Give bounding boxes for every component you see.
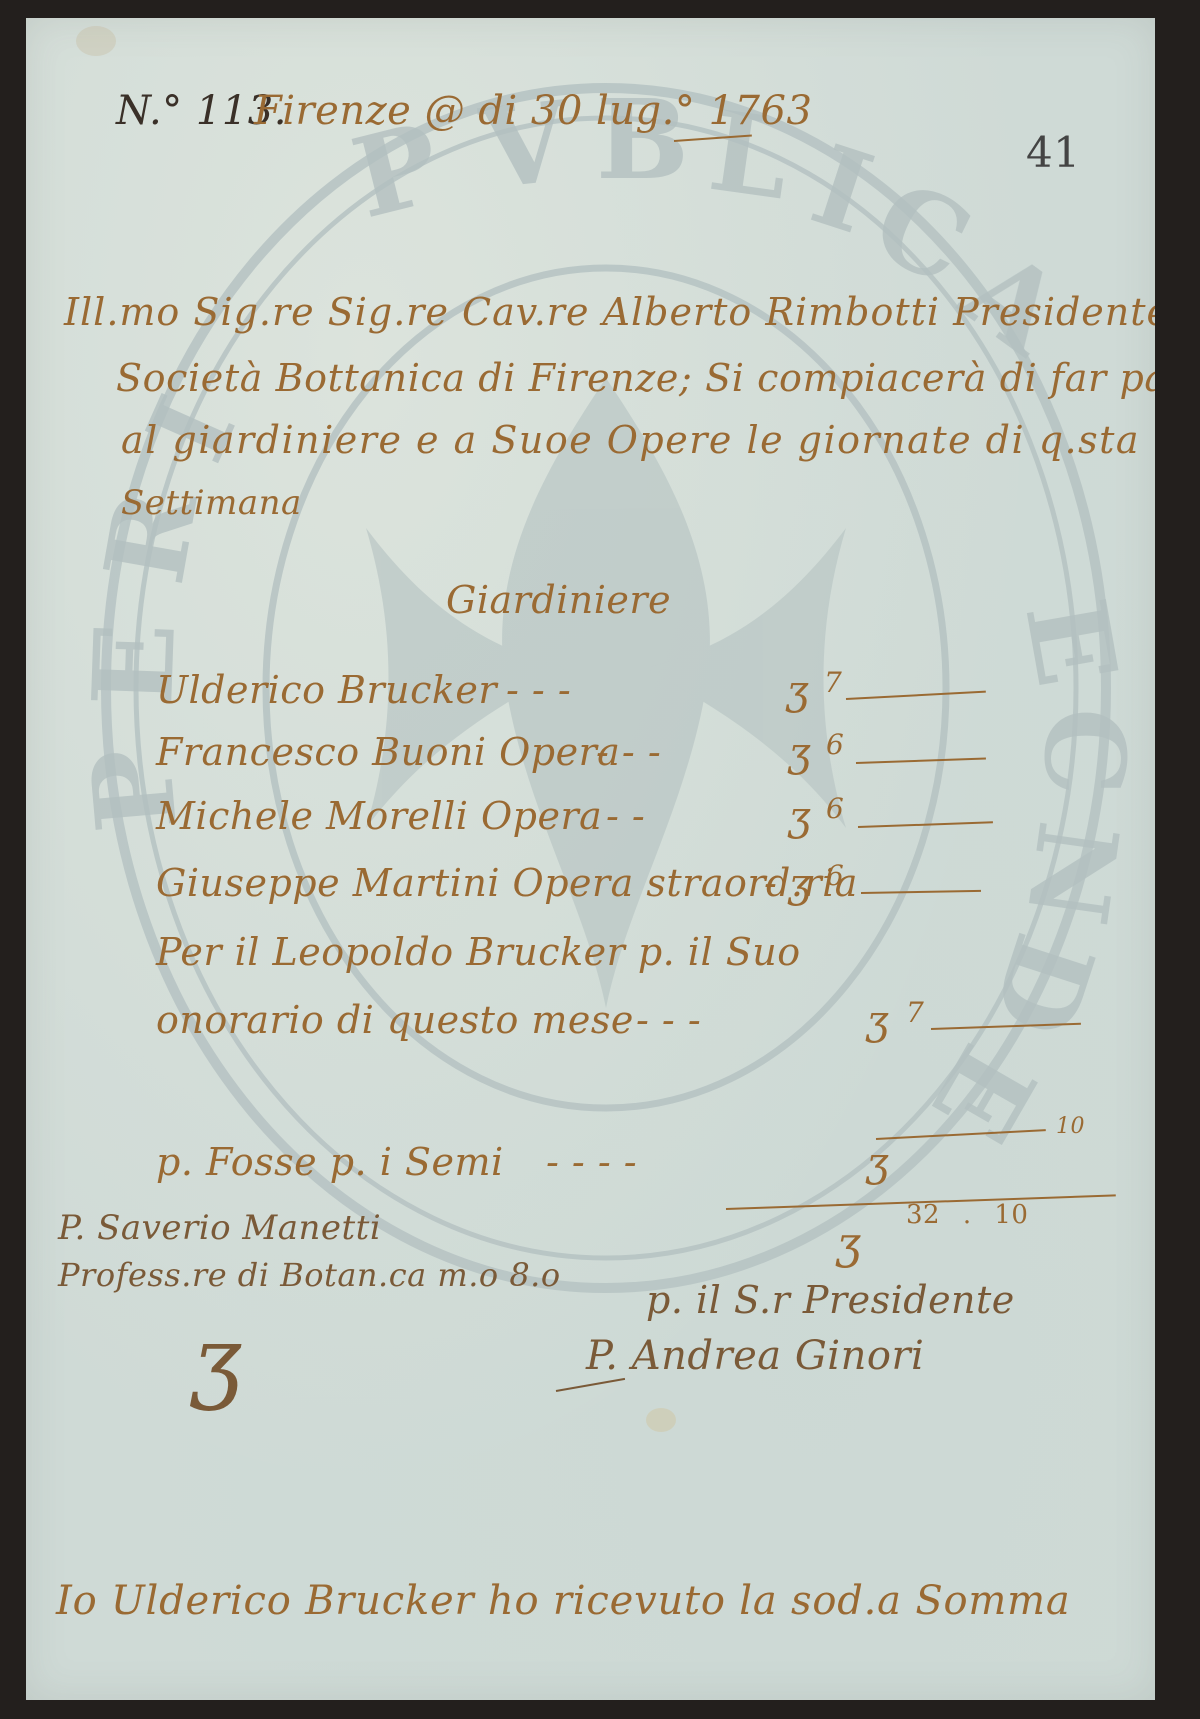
receipt-line: Io Ulderico Brucker ho ricevuto la sod.a… [56, 1578, 1071, 1624]
svg-text:I: I [798, 120, 887, 259]
entry-rule [861, 890, 981, 894]
entry-dashes: - - - [636, 998, 701, 1042]
svg-text:E: E [907, 1025, 1061, 1162]
entry-name: Francesco Buoni Opera [156, 730, 620, 774]
currency-symbol: ʒ [866, 998, 889, 1044]
entry-amount: 7 [906, 996, 924, 1029]
svg-text:C: C [855, 155, 990, 309]
svg-text:C: C [1020, 708, 1146, 796]
right-signature-line-2: P. Andrea Ginori [586, 1333, 924, 1379]
address-line-3: al giardiniere e a Suoe Opere le giornat… [121, 418, 1140, 462]
currency-symbol: ʒ [788, 730, 811, 776]
entry-rule [876, 1129, 1046, 1140]
address-line-2: Società Bottanica di Firenze; Si compiac… [116, 353, 1155, 400]
total-currency: ʒ [836, 1218, 861, 1269]
paper-stain [76, 26, 116, 56]
entry-amount: 6 [826, 792, 844, 825]
left-signature-line-1: P. Saverio Manetti [58, 1208, 381, 1248]
entry-dashes: - - - - [546, 1140, 637, 1184]
entry-name: p. Fosse p. i Semi [156, 1140, 504, 1184]
currency-symbol: ʒ [866, 1140, 889, 1186]
entry-name: onorario di questo mese [156, 998, 634, 1042]
entry-name: Ulderico Brucker [156, 668, 497, 712]
svg-text:E: E [1000, 590, 1142, 695]
entry-dashes: - - [606, 794, 645, 838]
archive-folio-number: 41 [1026, 128, 1080, 177]
place-date: Firenze @ di 30 lug.° 1763 [254, 88, 812, 134]
entry-amount: 6 [826, 859, 844, 892]
manuscript-page: P V B L I C A E C N D E P E R I N.° 113.… [26, 18, 1155, 1700]
entry-sub-amount: 10 [1056, 1114, 1085, 1139]
address-line-1: Ill.mo Sig.re Sig.re Cav.re Alberto Rimb… [64, 290, 1155, 334]
entry-dashes: - - - [596, 730, 661, 774]
svg-text:D: D [967, 920, 1119, 1051]
right-signature-line-1: p. il S.r Presidente [646, 1278, 1015, 1322]
entry-name: Giuseppe Martini Opera straord.ria [156, 861, 858, 905]
address-line-4: Settimana [121, 483, 302, 523]
total-amount: 32 . 10 [906, 1200, 1028, 1230]
currency-symbol: ʒ [786, 668, 809, 714]
currency-symbol: ʒ [788, 861, 811, 907]
entry-rule [858, 821, 993, 828]
entry-name: Per il Leopoldo Brucker p. il Suo [156, 930, 801, 974]
left-signature-line-2: Profess.re di Botan.ca m.o 8.o [58, 1256, 561, 1294]
entry-rule [856, 757, 986, 764]
entry-amount: 7 [824, 666, 842, 699]
entry-name: Michele Morelli Opera [156, 794, 602, 838]
entry-dashes: - - - [506, 668, 571, 712]
entry-dashes: - [764, 861, 777, 905]
currency-symbol: ʒ [788, 794, 811, 840]
address-line-2-text: Società Bottanica di Firenze; Si compiac… [116, 356, 1155, 400]
section-heading-giardiniere: Giardiniere [446, 578, 671, 622]
date-underline [674, 135, 752, 142]
entry-rule [846, 691, 986, 700]
entry-rule [931, 1023, 1081, 1030]
svg-text:N: N [1001, 814, 1143, 932]
entry-amount: 6 [826, 728, 844, 761]
left-currency-mark: ʒ [191, 1308, 242, 1413]
paper-stain [646, 1408, 676, 1432]
signature-flourish [556, 1378, 625, 1392]
